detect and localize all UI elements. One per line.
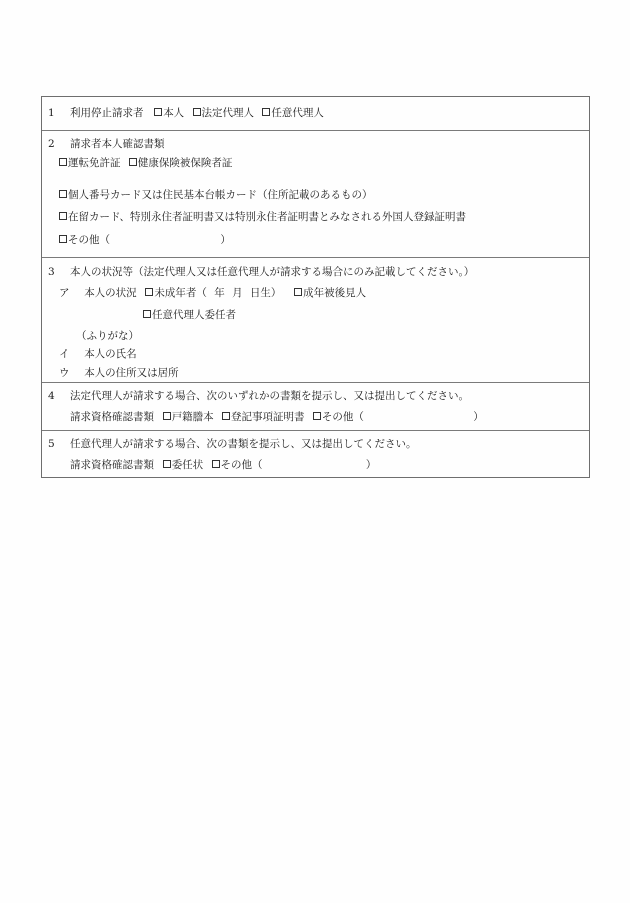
section-number: 5 [48, 437, 70, 451]
section-title: 法定代理人が請求する場合、次のいずれかの書類を提示し、又は提出してください。 [70, 390, 469, 402]
checkbox-legal-agent[interactable]: 法定代理人 [193, 107, 255, 119]
checkbox-icon [163, 460, 171, 468]
checkbox-icon [294, 288, 302, 296]
checkbox-residence-card[interactable]: 在留カード、特別永住者証明書又は特別永住者証明書とみなされる外国人登録証明書 [59, 211, 466, 223]
checkbox-voluntary-principal[interactable]: 任意代理人委任者 [143, 309, 236, 321]
checkbox-icon [313, 412, 321, 420]
checkbox-icon [154, 108, 162, 116]
qualification-doc-label: 請求資格確認書類 [70, 459, 154, 471]
birth-year-field[interactable]: 年 [214, 287, 225, 299]
checkbox-drivers-license[interactable]: 運転免許証 [59, 157, 121, 169]
checkbox-icon [212, 460, 220, 468]
checkbox-icon [59, 190, 67, 198]
section-number: 3 [48, 265, 70, 279]
request-form-table: 1利用停止請求者 本人 法定代理人 任意代理人 2請求者本人確認書類 運転免許証… [41, 96, 590, 478]
checkbox-icon [193, 108, 201, 116]
principal-address-label: 本人の住所又は居所 [84, 367, 179, 379]
checkbox-icon [262, 108, 270, 116]
checkbox-health-insurance[interactable]: 健康保険被保険者証 [129, 157, 233, 169]
principal-status-label: 本人の状況 [84, 287, 137, 299]
section-legal-agent-documents: 4法定代理人が請求する場合、次のいずれかの書類を提示し、又は提出してください。 … [42, 383, 589, 431]
checkbox-family-register[interactable]: 戸籍謄本 [163, 411, 214, 423]
checkbox-adult-ward[interactable]: 成年被後見人 [294, 287, 366, 299]
section-voluntary-agent-documents: 5任意代理人が請求する場合、次の書類を提示し、又は提出してください。 請求資格確… [42, 431, 589, 477]
section-title: 本人の状況等（法定代理人又は任意代理人が請求する場合にのみ記載してください。） [70, 266, 474, 278]
birth-day-field[interactable]: 日生） [250, 287, 282, 299]
section-number: 1 [48, 106, 70, 120]
checkbox-registry-certificate[interactable]: 登記事項証明書 [222, 411, 305, 423]
birth-month-field[interactable]: 月 [232, 287, 243, 299]
qualification-doc-label: 請求資格確認書類 [70, 411, 154, 423]
section-title: 利用停止請求者 [70, 107, 144, 119]
section-title: 任意代理人が請求する場合、次の書類を提示し、又は提出してください。 [70, 438, 417, 450]
checkbox-self[interactable]: 本人 [154, 107, 184, 119]
item-label-u: ウ [59, 367, 70, 379]
checkbox-other[interactable]: その他（ [313, 411, 364, 423]
section-number: 2 [48, 137, 70, 151]
checkbox-minor[interactable]: 未成年者（ [145, 287, 207, 299]
checkbox-icon [59, 235, 67, 243]
checkbox-voluntary-agent[interactable]: 任意代理人 [262, 107, 324, 119]
checkbox-other[interactable]: その他（ [212, 459, 263, 471]
furigana-label: （ふりがな） [76, 330, 139, 342]
checkbox-icon [129, 158, 137, 166]
checkbox-my-number-card[interactable]: 個人番号カード又は住民基本台帳カード（住所記載のあるもの） [59, 189, 373, 201]
checkbox-icon [163, 412, 171, 420]
section-requester: 1利用停止請求者 本人 法定代理人 任意代理人 [42, 97, 589, 131]
checkbox-icon [59, 212, 67, 220]
principal-name-label: 本人の氏名 [84, 348, 137, 360]
checkbox-icon [145, 288, 153, 296]
item-label-a: ア [59, 287, 70, 299]
checkbox-icon [59, 158, 67, 166]
section-number: 4 [48, 389, 70, 403]
section-title: 請求者本人確認書類 [70, 138, 165, 150]
item-label-i: イ [59, 348, 70, 360]
checkbox-other[interactable]: その他（ [59, 234, 110, 246]
checkbox-icon [143, 310, 151, 318]
section-principal-status: 3本人の状況等（法定代理人又は任意代理人が請求する場合にのみ記載してください。）… [42, 258, 589, 383]
checkbox-icon [222, 412, 230, 420]
checkbox-power-of-attorney[interactable]: 委任状 [163, 459, 204, 471]
section-identity-documents: 2請求者本人確認書類 運転免許証 健康保険被保険者証 個人番号カード又は住民基本… [42, 131, 589, 258]
